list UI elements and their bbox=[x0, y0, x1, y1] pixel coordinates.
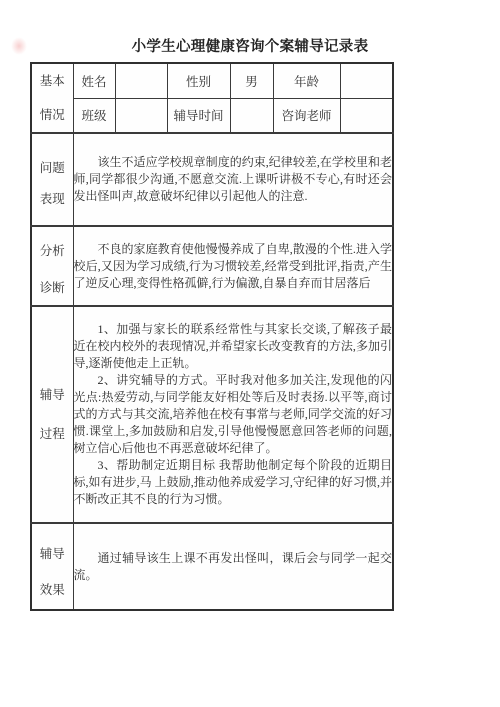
class-value-cell bbox=[115, 98, 167, 133]
basic-info-row-1: 基本 情况 姓名 性别 男 年龄 bbox=[31, 63, 393, 98]
analysis-row: 分析 诊断 不良的家庭教育使他慢慢养成了自卑,散漫的个性.进入学校后,又因为学习… bbox=[31, 226, 393, 306]
problem-row: 问题 表现 该生不适应学校规章制度的约束,纪律较差,在学校里和老师,同学都很少沟… bbox=[31, 133, 393, 226]
row-label-analysis: 分析 诊断 bbox=[31, 226, 73, 306]
label-text: 辅导 bbox=[40, 388, 65, 402]
basic-info-row-2: 班级 辅导时间 咨询老师 bbox=[31, 98, 393, 133]
class-label: 班级 bbox=[73, 98, 115, 133]
counseling-record-table: 基本 情况 姓名 性别 男 年龄 班级 辅导时间 咨询老师 问题 表现 bbox=[30, 62, 394, 611]
effect-text: 通过辅导该生上课不再发出怪叫，课后会与同学一起交流。 bbox=[74, 550, 393, 584]
label-text: 问题 bbox=[40, 161, 65, 175]
analysis-label: 分析 诊断 bbox=[32, 238, 73, 295]
gender-label: 性别 bbox=[167, 63, 230, 98]
name-label: 姓名 bbox=[73, 63, 115, 98]
analysis-text-cell: 不良的家庭教育使他慢慢养成了自卑,散漫的个性.进入学校后,又因为学习成绩,行为习… bbox=[73, 226, 393, 306]
counselor-label: 咨询老师 bbox=[273, 98, 340, 133]
process-paragraph-3: 3、帮助制定近期目标 我帮助他制定每个阶段的近期目标,如有进步,马 上鼓励,推动… bbox=[74, 457, 393, 508]
label-text: 分析 bbox=[40, 244, 65, 258]
problem-text-cell: 该生不适应学校规章制度的约束,纪律较差,在学校里和老师,同学都很少沟通,不愿意交… bbox=[73, 133, 393, 226]
process-text-cell: 1、加强与家长的联系经常性与其家长交谈,了解孩子最近在校内校外的表现情况,并希望… bbox=[73, 306, 393, 523]
counselor-value-cell bbox=[340, 98, 393, 133]
label-text: 过程 bbox=[40, 427, 65, 441]
problem-label: 问题 表现 bbox=[32, 153, 73, 206]
name-value-cell bbox=[115, 63, 167, 98]
effect-text-cell: 通过辅导该生上课不再发出怪叫，课后会与同学一起交流。 bbox=[73, 523, 393, 610]
effect-label: 辅导 效果 bbox=[32, 537, 73, 597]
label-text: 效果 bbox=[40, 583, 65, 597]
process-paragraph-2: 2、讲究辅导的方式。平时我对他多加关注,发现他的闪光点:热爱劳动,与同学能友好相… bbox=[74, 372, 393, 457]
label-text: 诊断 bbox=[40, 281, 65, 295]
row-label-process: 辅导 过程 bbox=[31, 306, 73, 523]
process-row: 辅导 过程 1、加强与家长的联系经常性与其家长交谈,了解孩子最近在校内校外的表现… bbox=[31, 306, 393, 523]
age-label: 年龄 bbox=[273, 63, 340, 98]
row-label-effect: 辅导 效果 bbox=[31, 523, 73, 610]
gender-value-cell: 男 bbox=[230, 63, 273, 98]
guidance-time-value-cell bbox=[230, 98, 273, 133]
analysis-text: 不良的家庭教育使他慢慢养成了自卑,散漫的个性.进入学校后,又因为学习成绩,行为习… bbox=[74, 241, 393, 292]
label-text: 表现 bbox=[40, 192, 65, 206]
label-text: 辅导 bbox=[40, 547, 65, 561]
label-text: 基本 bbox=[40, 74, 65, 88]
label-text: 情况 bbox=[40, 108, 65, 122]
row-label-basic-info: 基本 情况 bbox=[31, 63, 73, 133]
problem-text: 该生不适应学校规章制度的约束,纪律较差,在学校里和老师,同学都很少沟通,不愿意交… bbox=[74, 154, 393, 205]
age-value-cell bbox=[340, 63, 393, 98]
row-label-problem: 问题 表现 bbox=[31, 133, 73, 226]
effect-row: 辅导 效果 通过辅导该生上课不再发出怪叫，课后会与同学一起交流。 bbox=[31, 523, 393, 610]
basic-info-label: 基本 情况 bbox=[32, 64, 73, 132]
process-label: 辅导 过程 bbox=[32, 307, 73, 522]
process-paragraph-1: 1、加强与家长的联系经常性与其家长交谈,了解孩子最近在校内校外的表现情况,并希望… bbox=[74, 321, 393, 372]
page-title: 小学生心理健康咨询个案辅导记录表 bbox=[0, 35, 500, 56]
document-page: 小学生心理健康咨询个案辅导记录表 基本 情况 姓名 性别 男 年龄 班级 辅导 bbox=[0, 0, 500, 707]
guidance-time-label: 辅导时间 bbox=[167, 98, 230, 133]
